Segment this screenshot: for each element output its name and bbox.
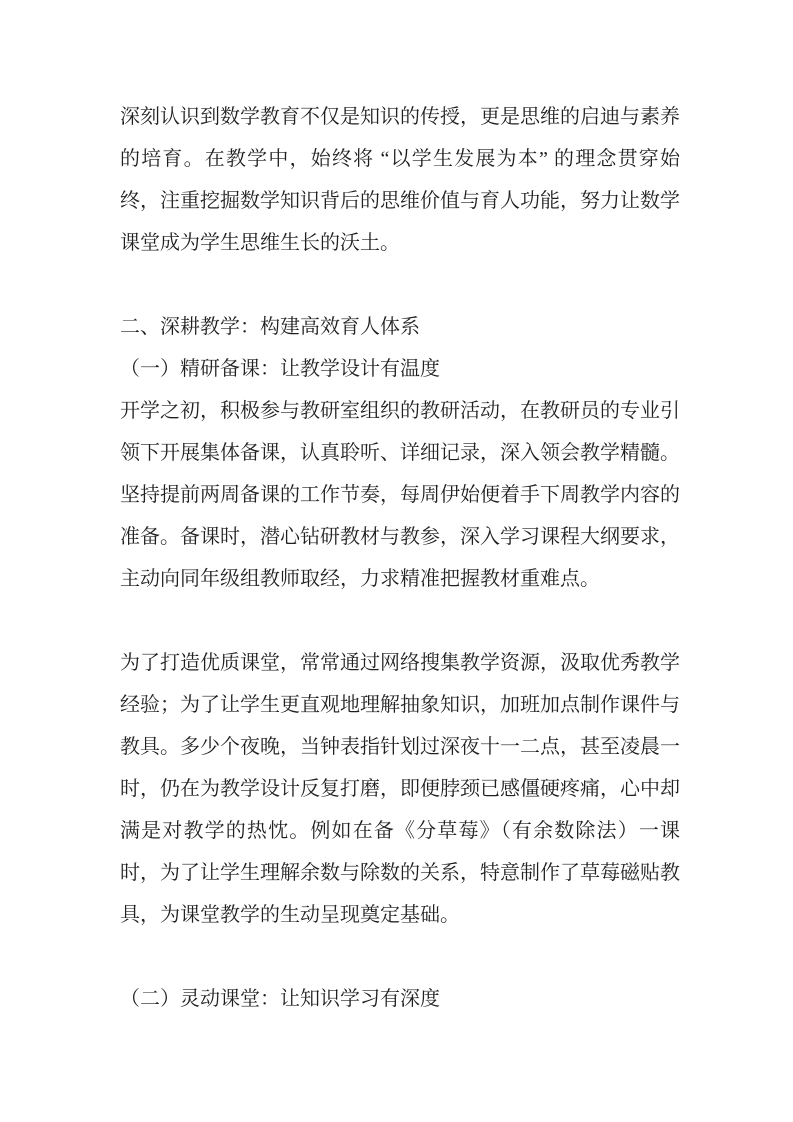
paragraph-education-philosophy: 深刻认识到数学教育不仅是知识的传授，更是思维的启迪与素养的培育。在教学中，始终将… <box>120 96 680 264</box>
heading-section-two-teaching: 二、深耕教学：构建高效育人体系 <box>120 306 680 348</box>
blank-line <box>120 600 680 642</box>
heading-subsection-one-lesson-prep: （一）精研备课：让教学设计有温度 <box>120 348 680 390</box>
heading-subsection-two-lively-class: （二）灵动课堂：让知识学习有深度 <box>120 978 680 1020</box>
paragraph-dedication-courseware: 为了打造优质课堂，常常通过网络搜集教学资源，汲取优秀教学经验；为了让学生更直观地… <box>120 642 680 936</box>
blank-line <box>120 264 680 306</box>
blank-line <box>120 936 680 978</box>
paragraph-lesson-preparation: 开学之初，积极参与教研室组织的教研活动，在教研员的专业引领下开展集体备课，认真聆… <box>120 390 680 600</box>
document-page: 深刻认识到数学教育不仅是知识的传授，更是思维的启迪与素养的培育。在教学中，始终将… <box>0 0 793 1122</box>
